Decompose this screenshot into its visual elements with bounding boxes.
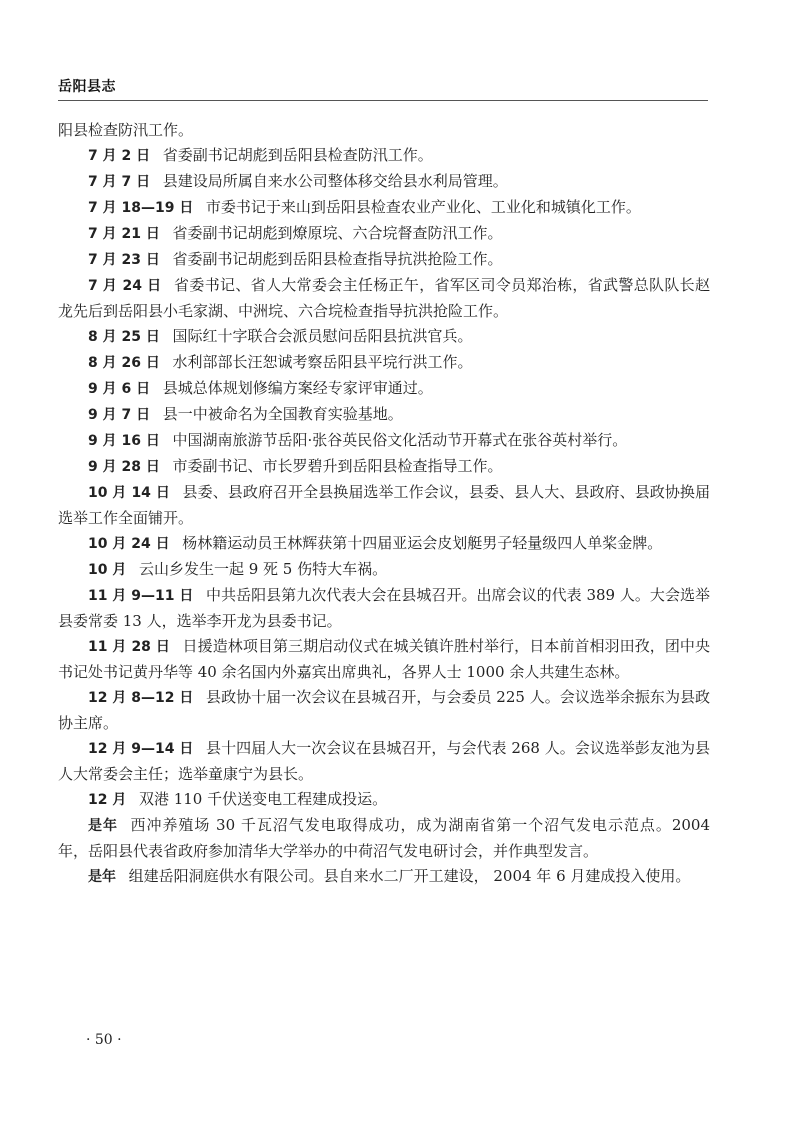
entry-date: 7 月 21 日 (88, 226, 160, 242)
entry-date: 10 月 14 日 (88, 485, 170, 501)
entry-text: 水利部部长汪恕诚考察岳阳县平垸行洪工作。 (172, 353, 472, 371)
entry-text: 国际红十字联合会派员慰问岳阳县抗洪官兵。 (172, 327, 472, 345)
chronicle-entry: 10 月 14 日县委、县政府召开全县换届选举工作会议，县委、县人大、县政府、县… (58, 480, 710, 531)
entry-text: 组建岳阳洞庭供水有限公司。县自来水二厂开工建设， 2004 年 6 月建成投入使… (129, 867, 691, 885)
entry-date: 12 月 8—12 日 (88, 690, 193, 706)
entry-date: 7 月 2 日 (88, 148, 150, 164)
chronicle-entry: 12 月双港 110 千伏送变电工程建成投运。 (58, 787, 710, 813)
entry-date: 8 月 25 日 (88, 329, 160, 345)
chronicle-entry: 11 月 28 日日援造林项目第三期启动仪式在城关镇许胜村举行，日本前首相羽田孜… (58, 634, 710, 685)
entry-text: 市委副书记、市长罗碧升到岳阳县检查指导工作。 (172, 457, 502, 475)
entry-date: 是年 (88, 818, 118, 834)
chronicle-entry: 9 月 6 日县城总体规划修编方案经专家评审通过。 (58, 376, 710, 402)
header-rule (58, 100, 708, 101)
chronicle-entry: 9 月 16 日中国湖南旅游节岳阳·张谷英民俗文化活动节开幕式在张谷英村举行。 (58, 428, 710, 454)
entry-text: 省委副书记胡彪到岳阳县检查指导抗洪抢险工作。 (172, 250, 502, 268)
entry-text: 西冲养殖场 30 千瓦沼气发电取得成功，成为湖南省第一个沼气发电示范点。2004… (58, 816, 710, 860)
entry-text: 县城总体规划修编方案经专家评审通过。 (163, 379, 433, 397)
chronicle-entry: 7 月 7 日县建设局所属自来水公司整体移交给县水利局管理。 (58, 169, 710, 195)
chronicle-entry: 10 月 24 日杨林籍运动员王林辉获第十四届亚运会皮划艇男子轻量级四人单桨金牌… (58, 531, 710, 557)
entry-text: 省委副书记胡彪到岳阳县检查防汛工作。 (163, 146, 433, 164)
chronicle-entry: 是年西冲养殖场 30 千瓦沼气发电取得成功，成为湖南省第一个沼气发电示范点。20… (58, 813, 710, 864)
entry-date: 11 月 9—11 日 (88, 588, 193, 604)
chronicle-entry: 10 月云山乡发生一起 9 死 5 伤特大车祸。 (58, 557, 710, 583)
entry-text: 双港 110 千伏送变电工程建成投运。 (139, 790, 387, 808)
chronicle-entry: 11 月 9—11 日中共岳阳县第九次代表大会在县城召开。出席会议的代表 389… (58, 583, 710, 634)
chronicle-entry: 7 月 23 日省委副书记胡彪到岳阳县检查指导抗洪抢险工作。 (58, 247, 710, 273)
running-header: 岳阳县志 (58, 76, 116, 96)
entry-date: 9 月 28 日 (88, 459, 160, 475)
entry-date: 7 月 7 日 (88, 174, 150, 190)
entry-date: 11 月 28 日 (88, 639, 170, 655)
chronicle-entry: 8 月 26 日水利部部长汪恕诚考察岳阳县平垸行洪工作。 (58, 350, 710, 376)
chronicle-entry: 8 月 25 日国际红十字联合会派员慰问岳阳县抗洪官兵。 (58, 324, 710, 350)
chronicle-entry: 9 月 28 日市委副书记、市长罗碧升到岳阳县检查指导工作。 (58, 454, 710, 480)
entry-text: 省委副书记胡彪到燎原垸、六合垸督查防汛工作。 (172, 224, 502, 242)
chronicle-body: 阳县检查防汛工作。 7 月 2 日省委副书记胡彪到岳阳县检查防汛工作。7 月 7… (58, 118, 710, 890)
entry-date: 7 月 18—19 日 (88, 200, 193, 216)
chronicle-entry: 12 月 9—14 日县十四届人大一次会议在县城召开，与会代表 268 人。会议… (58, 736, 710, 787)
entry-date: 7 月 24 日 (88, 278, 161, 294)
entry-date: 9 月 16 日 (88, 433, 160, 449)
entry-date: 是年 (88, 869, 116, 885)
entry-text: 中国湖南旅游节岳阳·张谷英民俗文化活动节开幕式在张谷英村举行。 (172, 431, 627, 449)
entry-list: 7 月 2 日省委副书记胡彪到岳阳县检查防汛工作。7 月 7 日县建设局所属自来… (58, 143, 710, 890)
entry-date: 9 月 7 日 (88, 407, 150, 423)
entry-text: 市委书记于来山到岳阳县检查农业产业化、工业化和城镇化工作。 (206, 198, 641, 216)
entry-date: 7 月 23 日 (88, 252, 160, 268)
page-number: · 50 · (86, 1032, 122, 1048)
chronicle-entry: 7 月 2 日省委副书记胡彪到岳阳县检查防汛工作。 (58, 143, 710, 169)
entry-text: 县建设局所属自来水公司整体移交给县水利局管理。 (163, 172, 508, 190)
entry-date: 9 月 6 日 (88, 381, 150, 397)
chronicle-entry: 7 月 18—19 日市委书记于来山到岳阳县检查农业产业化、工业化和城镇化工作。 (58, 195, 710, 221)
entry-date: 12 月 (88, 792, 126, 808)
entry-text: 云山乡发生一起 9 死 5 伤特大车祸。 (139, 560, 387, 578)
chronicle-entry: 9 月 7 日县一中被命名为全国教育实验基地。 (58, 402, 710, 428)
entry-text: 县一中被命名为全国教育实验基地。 (163, 405, 403, 423)
chronicle-entry: 7 月 21 日省委副书记胡彪到燎原垸、六合垸督查防汛工作。 (58, 221, 710, 247)
entry-date: 10 月 24 日 (88, 536, 170, 552)
entry-text: 杨林籍运动员王林辉获第十四届亚运会皮划艇男子轻量级四人单桨金牌。 (182, 534, 662, 552)
entry-date: 10 月 (88, 562, 126, 578)
chronicle-entry: 12 月 8—12 日县政协十届一次会议在县城召开，与会委员 225 人。会议选… (58, 685, 710, 736)
chronicle-entry: 是年组建岳阳洞庭供水有限公司。县自来水二厂开工建设， 2004 年 6 月建成投… (58, 864, 710, 890)
entry-date: 8 月 26 日 (88, 355, 160, 371)
chronicle-entry: 7 月 24 日省委书记、省人大常委会主任杨正午，省军区司令员郑治栋，省武警总队… (58, 273, 710, 324)
entry-date: 12 月 9—14 日 (88, 741, 193, 757)
continued-paragraph: 阳县检查防汛工作。 (58, 118, 710, 143)
